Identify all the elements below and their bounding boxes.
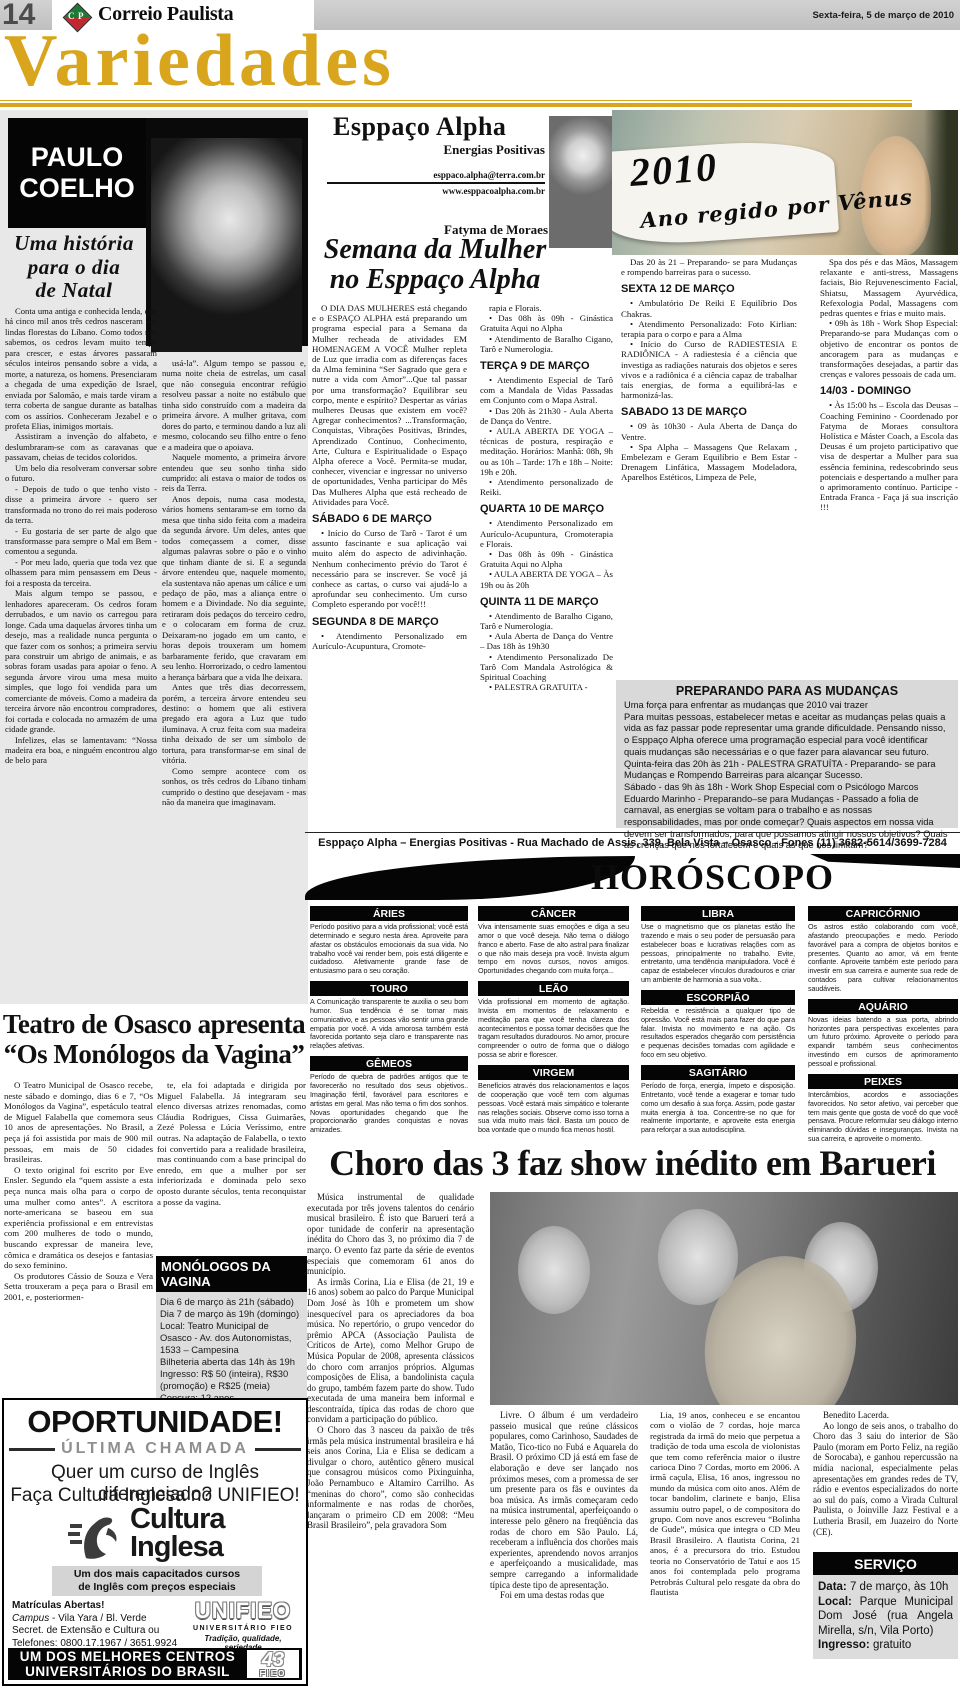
- choro-headline: Choro das 3 faz show inédito em Barueri: [305, 1142, 960, 1184]
- edition-date: Sexta-feira, 5 de março de 2010: [812, 10, 954, 21]
- unifieo-logo: UNIFIEO UNIVERSITÁRIO FIEO Tradição, qua…: [186, 1598, 300, 1652]
- coelho-kicker-box: PAULO COELHO: [8, 118, 146, 228]
- monologos-info-box: MONÓLOGOS DA VAGINA Dia 6 de março às 21…: [156, 1256, 307, 1394]
- horoscope-sign: CAPRICÓRNIOOs astros estão colaborando c…: [808, 906, 958, 994]
- teatro-headline-line2: “Os Monólogos da Vagina”: [0, 1040, 308, 1068]
- horoscope-sign: GÊMEOSPeríodo de quebra de padrões antig…: [310, 1056, 468, 1135]
- horoscope-sign: AQUÁRIONovas ideias batendo a sua porta,…: [808, 999, 958, 1069]
- servico-box: SERVIÇO Data: 7 de março, às 10hLocal: P…: [813, 1552, 958, 1659]
- coelho-article-title: Uma história para o dia de Natal: [0, 232, 148, 303]
- venus-year: 2010: [628, 143, 719, 196]
- ad-footer-text: UM DOS MELHORES CENTROS UNIVERSITÁRIOS D…: [8, 1649, 247, 1679]
- divider-line: [327, 182, 545, 184]
- teatro-column-2: te, ela foi adaptada e dirigida por Migu…: [157, 1080, 306, 1250]
- alpha-schedule-col1: O DIA DAS MULHERES está chegando e o ESP…: [312, 303, 467, 755]
- coelho-kicker: PAULO COELHO: [8, 142, 146, 204]
- alpha-ad-header: Esppaço Alpha Energias Positivas esppaco…: [327, 112, 545, 196]
- ad-campus: Campus - Vila Yara / Bl. Verde: [12, 1613, 182, 1626]
- ad-subtitle: ÚLTIMA CHAMADA: [61, 1440, 249, 1458]
- venus-tree: [924, 110, 958, 255]
- horoscope-col3: LIBRAUse o magnetismo que os planetas es…: [641, 906, 795, 1142]
- alpha-tagline: Energias Positivas: [327, 142, 545, 158]
- alpha-schedule-col3: Das 20 às 21 – Preparando- se para Mudan…: [621, 257, 797, 677]
- horoscope-sign: VIRGEMBenefícios através dos relacioname…: [478, 1065, 629, 1135]
- choro-das-3-photo: [490, 1192, 958, 1405]
- ad-contact-info: Matrículas Abertas! Campus - Vila Yara /…: [12, 1600, 182, 1650]
- divider-line: [255, 1448, 301, 1451]
- horoscope-sign: PEIXESIntercâmbios, acordos e associaçõe…: [808, 1074, 958, 1142]
- preparando-title: PREPARANDO PARA AS MUDANÇAS: [624, 684, 950, 698]
- choro-column-2: Livre. O álbum é um verdadeiro passeio m…: [490, 1410, 638, 1686]
- horoscope-col2: CÂNCERViva intensamente suas emoções e d…: [478, 906, 629, 1142]
- coelho-column-2: usá-la”. Algum tempo se passou e, numa n…: [162, 358, 306, 1002]
- alpha-address: Esppaço Alpha – Energias Positivas - Rua…: [305, 832, 960, 849]
- venus-painting-banner: 2010 Ano regido por Vênus: [612, 110, 958, 255]
- horoscope-sign: ÁRIESPeríodo positivo para a vida profis…: [310, 906, 468, 976]
- newspaper-page: { "page": { "number": "14", "logo_c": "C…: [0, 0, 960, 1688]
- horoscope-swoosh: [305, 856, 635, 900]
- ad-gray-banner: Um dos mais capacitados cursos de Inglês…: [52, 1566, 262, 1596]
- unifieo-logo-text: UNIFIEO: [186, 1598, 300, 1624]
- alpha-name: Esppaço Alpha: [333, 112, 545, 142]
- fieo-43-anos-logo: 43 FIEO: [247, 1650, 299, 1678]
- cultura-inglesa-logo-text: Cultura Inglesa: [130, 1506, 225, 1561]
- fatyma-de-moraes-photo: [549, 116, 617, 248]
- section-title: Variedades: [4, 24, 395, 98]
- ad-title: OPORTUNIDADE!: [4, 1404, 306, 1440]
- choro-column-4: Benedito Lacerda.Ao longo de seis anos, …: [813, 1410, 958, 1550]
- ad-matriculas: Matrículas Abertas!: [12, 1600, 182, 1613]
- coelho-column-1: Conta uma antiga e conhecida lenda, que …: [5, 306, 157, 1002]
- teatro-headline-line1: Teatro de Osasco apresenta: [0, 1010, 308, 1038]
- alpha-schedule-col4: Spa dos pés e das Mãos, Massagem relaxan…: [820, 257, 958, 677]
- section-rule-thick: [0, 103, 912, 107]
- alpha-email: esppaco.alpha@terra.com.br: [327, 170, 545, 180]
- preparando-box: PREPARANDO PARA AS MUDANÇAS Uma força pa…: [616, 680, 958, 828]
- cultura-inglesa-lion-icon: [66, 1508, 124, 1566]
- section-rule: [0, 100, 912, 101]
- alpha-website: www.esppacoalpha.com.br: [327, 186, 545, 196]
- unifieo-logo-sub: UNIVERSITÁRIO FIEO: [186, 1625, 300, 1632]
- choro-column-3: Lia, 19 anos, conheceu e se encantou com…: [650, 1410, 800, 1688]
- paulo-coelho-photo: [151, 138, 302, 352]
- cultura-inglesa-ad: OPORTUNIDADE! ÚLTIMA CHAMADA Quer um cur…: [2, 1398, 308, 1686]
- alpha-schedule-col2: rapia e Florais.• Das 08h às 09h - Ginás…: [480, 303, 613, 831]
- ad-secretaria: Secret. de Extensão e Cultura ou: [12, 1625, 182, 1638]
- horoscope-sign: LIBRAUse o magnetismo que os planetas es…: [641, 906, 795, 985]
- divider-line: [9, 1448, 55, 1451]
- horoscope-sign: TOUROA Comunicação transparente te auxil…: [310, 981, 468, 1051]
- horoscope-col1: ÁRIESPeríodo positivo para a vida profis…: [310, 906, 468, 1142]
- horoscope-col4: CAPRICÓRNIOOs astros estão colaborando c…: [808, 906, 958, 1142]
- alpha-article-title-line1: Semana da Mulher: [310, 236, 560, 264]
- horoscope-sign: ESCORPIÃORebeldia e resistência a qualqu…: [641, 990, 795, 1060]
- horoscope-title: HORÓSCOPO: [591, 856, 834, 898]
- monologos-box-title: MONÓLOGOS DA VAGINA: [156, 1256, 307, 1292]
- preparando-body: Uma força para enfrentar as mudanças que…: [624, 700, 950, 852]
- servico-body: Data: 7 de março, às 10hLocal: Parque Mu…: [813, 1575, 958, 1659]
- teatro-column-1: O Teatro Municipal de Osasco recebe, nes…: [4, 1080, 153, 1392]
- horoscope-sign: LEÃOVida profissional em momento de agit…: [478, 981, 629, 1060]
- horoscope-sign: CÂNCERViva intensamente suas emoções e d…: [478, 906, 629, 976]
- choro-column-1: Música instrumental de qualidade executa…: [307, 1192, 474, 1686]
- ad-subtitle-row: ÚLTIMA CHAMADA: [4, 1440, 306, 1458]
- ad-footer-bar: UM DOS MELHORES CENTROS UNIVERSITÁRIOS D…: [8, 1648, 302, 1680]
- horoscope-sign: SAGITÁRIOPeríodo de força, energia, ímpe…: [641, 1065, 795, 1135]
- horoscope-header: HORÓSCOPO: [305, 852, 960, 904]
- servico-title: SERVIÇO: [813, 1552, 958, 1575]
- alpha-article-title-line2: no Esppaço Alpha: [310, 266, 560, 294]
